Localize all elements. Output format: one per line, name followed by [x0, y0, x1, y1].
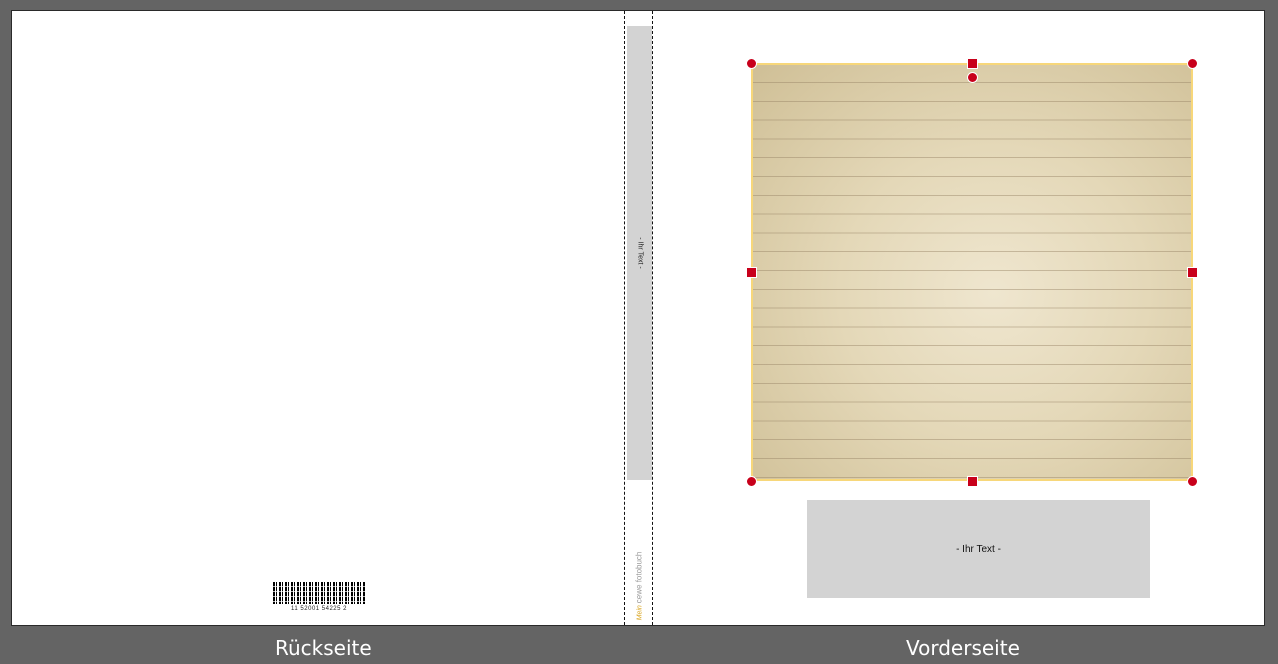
spine-logo: Meincewe fotobuch — [635, 552, 644, 621]
rotate-handle[interactable] — [967, 72, 978, 83]
spine-logo-prefix: Mein — [637, 605, 644, 620]
resize-handle-right[interactable] — [1187, 267, 1198, 278]
resize-handle-left[interactable] — [746, 267, 757, 278]
spine-text-field[interactable]: - Ihr Text - — [627, 26, 652, 480]
front-cover-photo[interactable] — [751, 63, 1193, 481]
resize-handle-top-right[interactable] — [1187, 58, 1198, 69]
front-cover-text-placeholder: - Ihr Text - — [956, 544, 1001, 555]
barcode-number: 11 52001 54225 2 — [273, 606, 365, 612]
resize-handle-top-left[interactable] — [746, 58, 757, 69]
resize-handle-bottom-left[interactable] — [746, 476, 757, 487]
resize-handle-bottom-right[interactable] — [1187, 476, 1198, 487]
spine-text-placeholder: - Ihr Text - — [636, 237, 643, 268]
spine-left-fold-line — [624, 11, 625, 625]
front-cover-text-field[interactable]: - Ihr Text - — [807, 500, 1150, 598]
cover-spread: - Ihr Text - Meincewe fotobuch 11 52001 … — [11, 10, 1265, 626]
resize-handle-top[interactable] — [967, 58, 978, 69]
spine-logo-text: cewe fotobuch — [635, 552, 644, 604]
back-cover-label: Rückseite — [275, 636, 372, 660]
barcode-icon — [273, 582, 365, 604]
spine-right-fold-line — [652, 11, 653, 625]
resize-handle-bottom[interactable] — [967, 476, 978, 487]
front-cover-label: Vorderseite — [906, 636, 1020, 660]
